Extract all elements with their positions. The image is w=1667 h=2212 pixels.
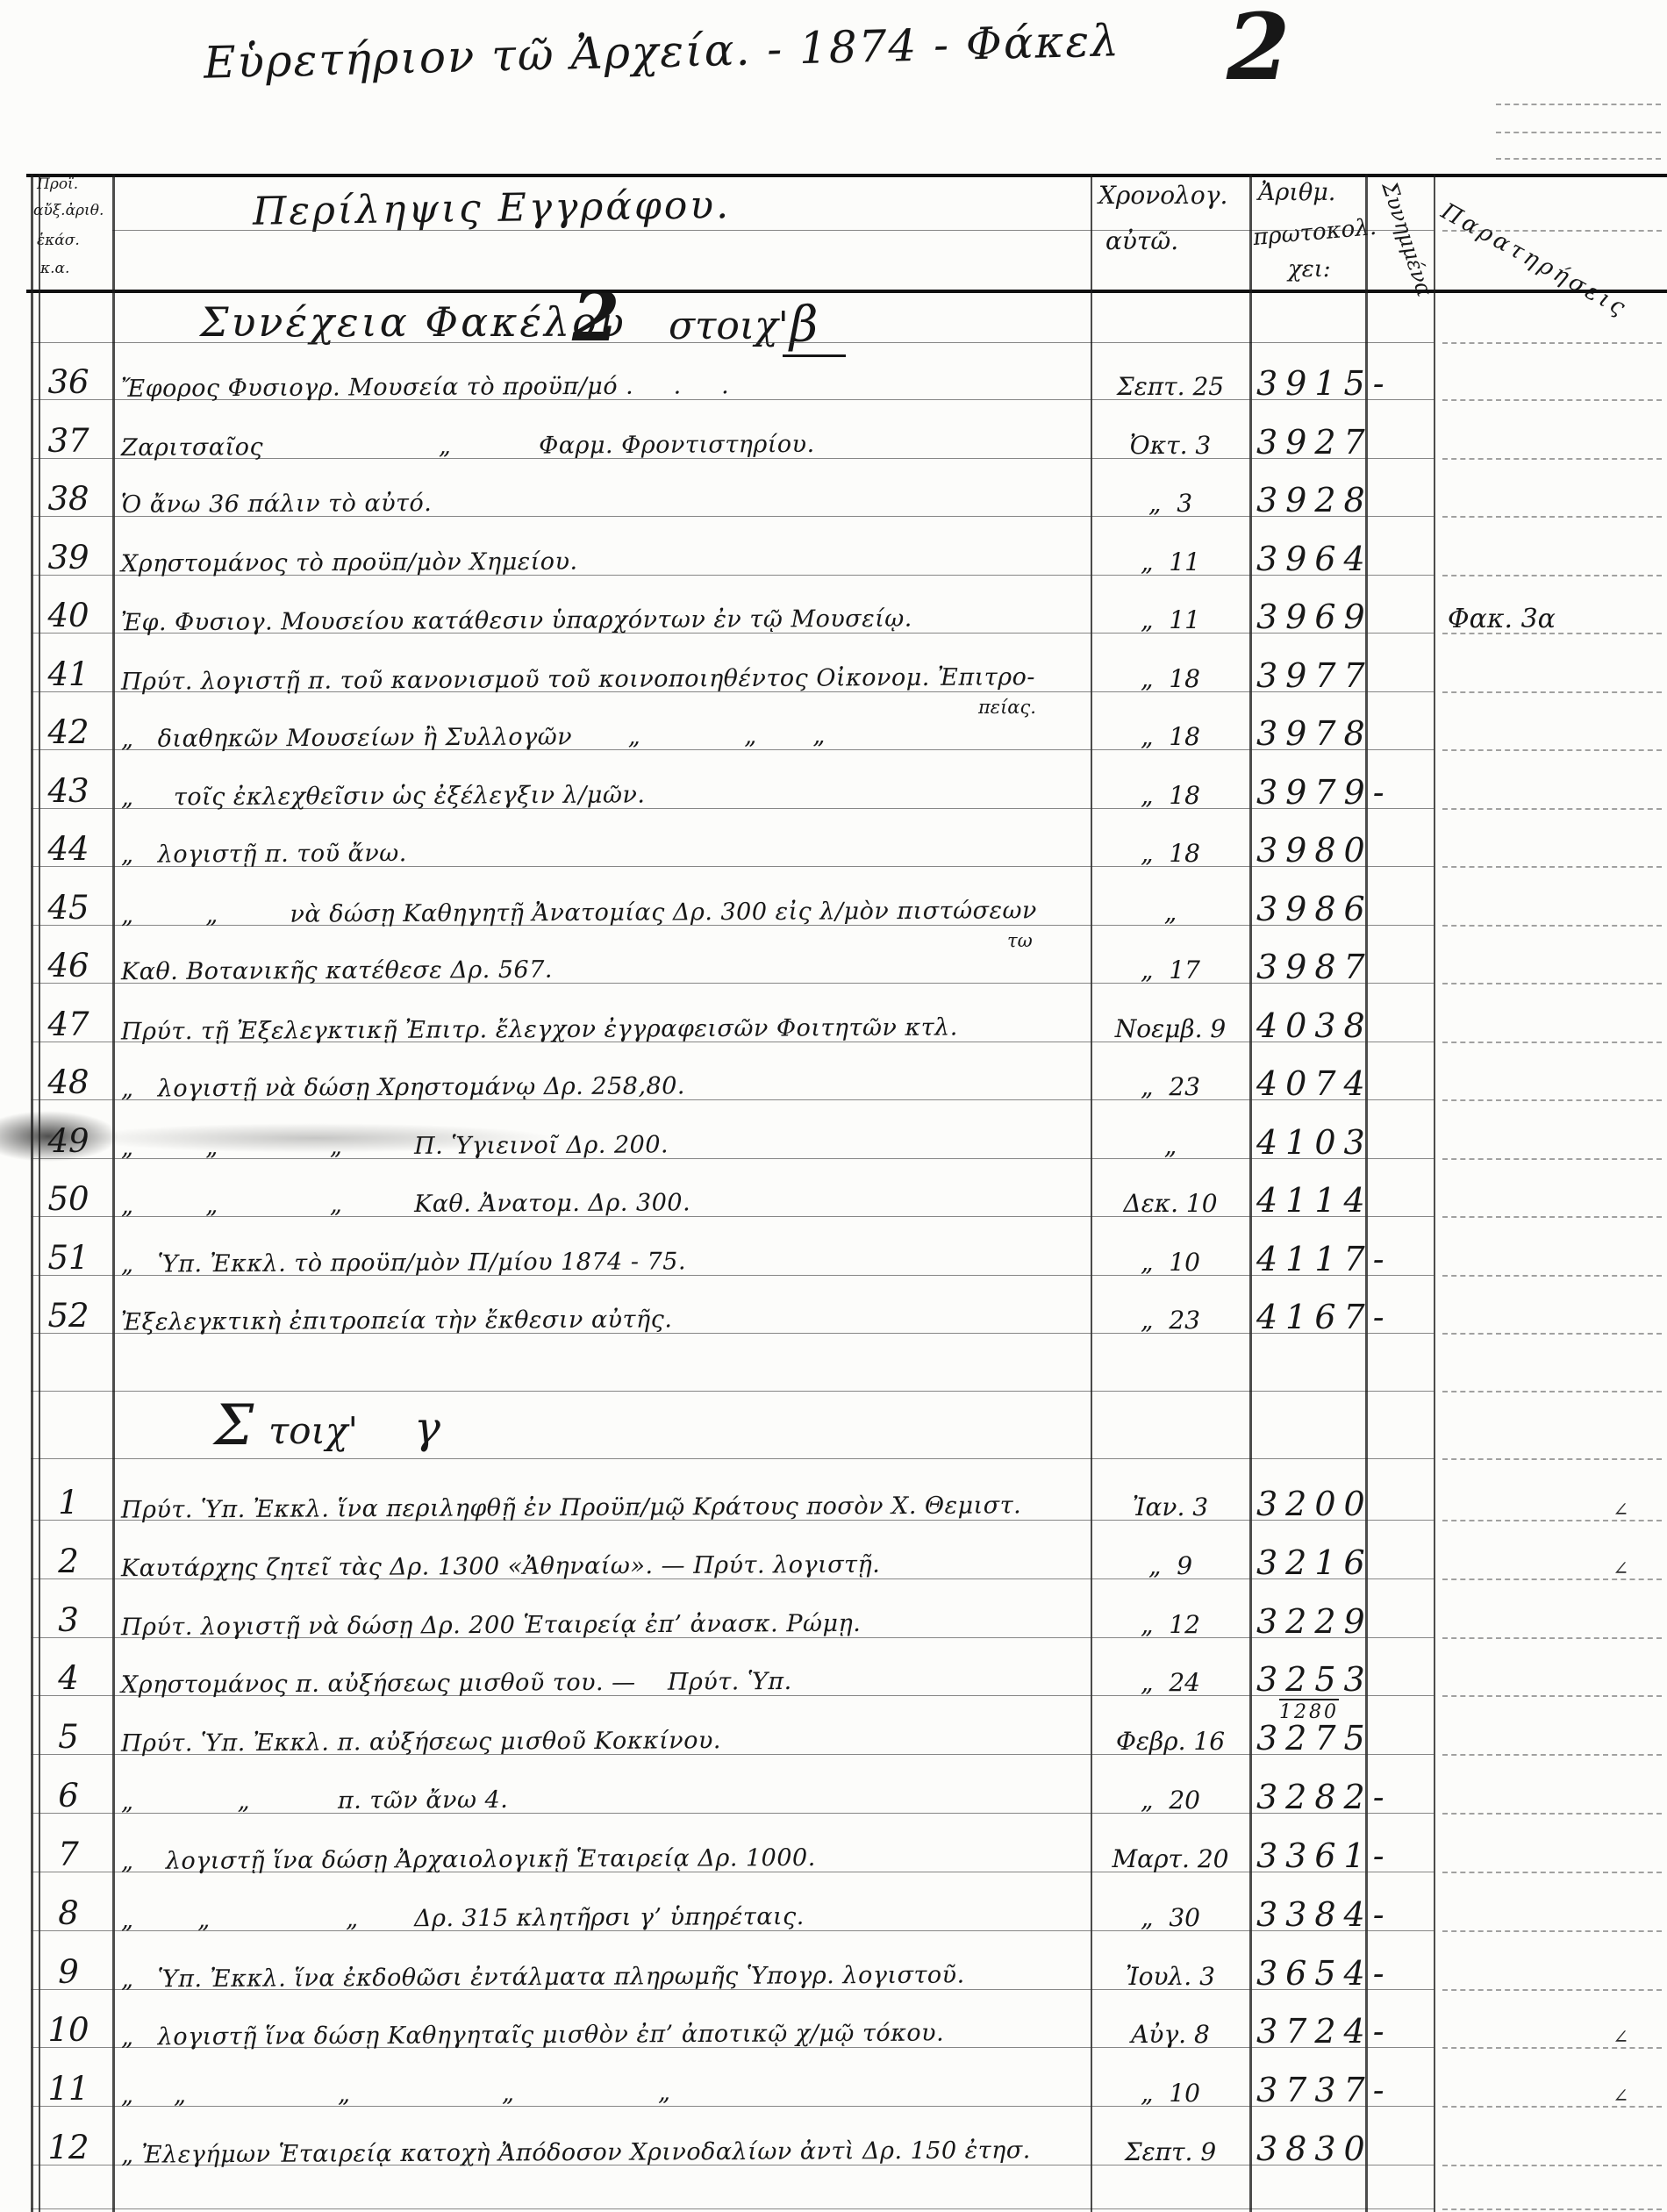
row-protocol-number: 3927 (1256, 423, 1373, 462)
ledger-page: Εὑρετήριον τῶ Ἀρχεία. - 1874 - Φάκελ 2 Π… (0, 0, 1667, 2212)
check-mark: ∠ (1613, 2086, 1628, 2108)
ruled-line-dashed (1442, 1520, 1662, 1521)
row-date: „ 18 (1095, 839, 1246, 868)
column-line (112, 174, 115, 2212)
ruled-line-dashed (1442, 1989, 1662, 1991)
row-date: „ 11 (1095, 548, 1246, 576)
row-number: 6 (30, 1777, 107, 1815)
row-description: „ „ π. τῶν ἄνω 4. (121, 1786, 508, 1815)
ruled-line-dashed (1442, 749, 1662, 751)
ruled-line-dashed (1442, 1458, 1662, 1460)
row-protocol-number: 3928 (1256, 481, 1373, 519)
row-remark: Φακ. 3α (1448, 604, 1556, 634)
col-header-protocol-line2: πρωτοκολ. (1252, 214, 1377, 251)
check-mark: ∠ (1613, 1500, 1628, 1521)
col-header-protocol-line1: Ἀριθμ. (1258, 179, 1335, 206)
ruled-line-dashed (1442, 2165, 1662, 2166)
row-description: Ὁ ἄνω 36 πάλιν τὸ αὐτό. (121, 490, 433, 519)
ruled-line-dashed (1442, 1695, 1662, 1697)
ruled-line (31, 1458, 1434, 1459)
col-header-attachments: Συνημμένα (1377, 179, 1436, 299)
row-protocol-number: 3986 (1256, 890, 1373, 928)
row-protocol-number: 3969 (1256, 598, 1373, 636)
row-date: Σεπτ. 9 (1095, 2137, 1246, 2166)
check-mark: ∠ (1613, 1558, 1628, 1580)
row-description: „ λογιστῇ ἵνα δώσῃ Καθηγηταῖς μισθὸν ἐπ’… (121, 2020, 944, 2051)
row-description: „ Ὑπ. Ἐκκλ. ἵνα ἐκδοθῶσι ἐντάλματα πληρω… (121, 1961, 965, 1993)
row-description: „ „ „ Καθ. Ἀνατομ. Δρ. 300. (121, 1189, 690, 1219)
row-date: „ 18 (1095, 664, 1246, 693)
row-description: Πρύτ. Ὑπ. Ἐκκλ. ἵνα περιληφθῇ ἐν Προϋπ/μ… (121, 1492, 1021, 1523)
ruled-line-dashed (1442, 1099, 1662, 1101)
ruled-line-dashed (1442, 808, 1662, 810)
section2-title-rest: τοιχ' (268, 1409, 358, 1452)
col-header-index-4: κ.α. (40, 260, 69, 277)
row-number: 10 (30, 2011, 107, 2049)
row-date: Σεπτ. 25 (1095, 372, 1246, 401)
row-description: Πρύτ. λογιστῇ π. τοῦ κανονισμοῦ τοῦ κοιν… (121, 663, 1035, 695)
row-description: „ λογιστῇ π. τοῦ ἄνω. (121, 840, 407, 869)
row-description: „ „ „ Π. Ὑγιεινοῖ Δρ. 200. (121, 1131, 669, 1161)
row-description: „ „ „ „ „ (121, 2079, 671, 2108)
page-title-folder-number: 2 (1227, 0, 1290, 101)
row-date: „ 23 (1095, 1306, 1246, 1335)
ruled-line-dashed (1442, 230, 1662, 232)
row-number: 7 (30, 1836, 107, 1873)
row-protocol-number: 4117- (1256, 1240, 1392, 1278)
col-header-protocol-line3: χει: (1288, 256, 1331, 283)
row-protocol-number: 3915- (1256, 364, 1392, 403)
row-number: 47 (30, 1006, 107, 1043)
row-protocol-number: 3384- (1256, 1895, 1392, 1934)
row-description: „ λογιστῇ ἵνα δώσῃ Ἀρχαιολογικῇ Ἑταιρείᾳ… (121, 1844, 816, 1875)
ruled-line (112, 230, 1434, 231)
row-date: „ 11 (1095, 605, 1246, 634)
ruled-line-dashed (1442, 1872, 1662, 1873)
ruled-line (26, 290, 1667, 293)
row-protocol-number: 3830 (1256, 2130, 1373, 2168)
row-description: „ „ νὰ δώσῃ Καθηγητῇ Ἀνατομίας Δρ. 300 ε… (121, 897, 1037, 928)
row-description: „ τοῖς ἐκλεχθεῖσιν ὡς ἐξέλεγξιν λ/μῶν. (121, 781, 646, 811)
row-date: „ 18 (1095, 781, 1246, 810)
row-number: 3 (30, 1601, 107, 1639)
row-date: Ὀκτ. 3 (1095, 431, 1246, 460)
row-description: „ „ „ Δρ. 315 κλητῆρσι γ’ ὑπηρέταις. (121, 1903, 805, 1934)
row-number: 41 (30, 655, 107, 693)
row-number: 38 (30, 480, 107, 518)
row-number: 52 (30, 1297, 107, 1335)
row-date: „ (1095, 1131, 1246, 1160)
ruled-line-dashed (1442, 1637, 1662, 1639)
ruled-line-dashed (1442, 2047, 1662, 2049)
row-number: 46 (30, 947, 107, 984)
row-protocol-number: 3282- (1256, 1778, 1392, 1816)
row-protocol-number: 3980 (1256, 831, 1373, 870)
stray-dash (1496, 158, 1661, 160)
row-description: Ζαριτσαῖος „ Φαρμ. Φροντιστηρίου. (121, 431, 815, 462)
row-date: Δεκ. 10 (1095, 1189, 1246, 1218)
row-protocol-number: 3253 (1256, 1660, 1373, 1699)
row-number: 40 (30, 597, 107, 634)
ruled-line-dashed (1442, 925, 1662, 927)
section2-title-sigma: Σ (214, 1393, 254, 1458)
ruled-line (26, 174, 1667, 177)
row-protocol-number: 3216 (1256, 1543, 1373, 1582)
row-description: Πρύτ. λογιστῇ νὰ δώσῃ Δρ. 200 Ἑταιρείᾳ ἐ… (121, 1610, 861, 1641)
col-header-remarks: Παρατηρήσεις (1436, 198, 1632, 323)
ruled-line-dashed (1442, 1333, 1662, 1335)
row-date: Ἰαν. 3 (1095, 1493, 1246, 1521)
row-date: „ (1095, 898, 1246, 927)
ruled-line-dashed (1442, 1158, 1662, 1160)
row-protocol-number: 3724- (1256, 2012, 1392, 2051)
row-number: 45 (30, 889, 107, 927)
row-number: 9 (30, 1953, 107, 1991)
row-number: 48 (30, 1063, 107, 1101)
row-number: 4 (30, 1659, 107, 1697)
row-date: „ 10 (1095, 2079, 1246, 2108)
row-number: 37 (30, 422, 107, 460)
row-description: „ Ἐλεγήμων Ἑταιρείᾳ κατοχὴ Ἀπόδοσον Χριν… (121, 2137, 1031, 2168)
ruled-line (31, 1391, 1434, 1392)
ruled-line-dashed (1442, 1275, 1662, 1277)
section1-title-prefix: Συνέχεια Φακέλου (200, 298, 626, 346)
ruled-line-dashed (1442, 2106, 1662, 2108)
row-number: 12 (30, 2129, 107, 2166)
row-description: Χρηστομάνος π. αὐξήσεως μισθοῦ του. — Πρ… (121, 1668, 792, 1699)
ruled-line-dashed (1442, 1042, 1662, 1043)
row-protocol-number: 4074 (1256, 1064, 1373, 1103)
stray-dash (1496, 104, 1661, 105)
row-number: 36 (30, 363, 107, 401)
ruled-line-dashed (1442, 1813, 1662, 1815)
row-number: 42 (30, 713, 107, 751)
row-description: Πρύτ. τῇ Ἐξελεγκτικῇ Ἐπιτρ. ἔλεγχον ἐγγρ… (121, 1014, 958, 1046)
row-protocol-number: 3229 (1256, 1602, 1373, 1641)
row-date: Ἰουλ. 3 (1095, 1962, 1246, 1991)
ruled-line-dashed (1442, 2208, 1662, 2210)
col-header-index-1: Προϊ. (37, 175, 78, 193)
column-line (1434, 174, 1435, 2212)
page-title: Εὑρετήριον τῶ Ἀρχεία. - 1874 - Φάκελ (203, 15, 1120, 89)
row-number: 8 (30, 1894, 107, 1932)
row-protocol-number: 3964 (1256, 540, 1373, 578)
ruled-line-dashed (1442, 1578, 1662, 1580)
ruled-line (31, 342, 1434, 343)
row-date: „ 20 (1095, 1786, 1246, 1815)
row-description: Καθ. Βοτανικῆς κατέθεσε Δρ. 567. (121, 956, 553, 986)
row-description: „ λογιστῇ νὰ δώσῃ Χρηστομάνῳ Δρ. 258,80. (121, 1072, 685, 1102)
row-protocol-number: 3987 (1256, 948, 1373, 986)
row-date: Φεβρ. 16 (1095, 1727, 1246, 1756)
row-protocol-number: 3978 (1256, 714, 1373, 753)
ruled-line-dashed (1442, 516, 1662, 518)
check-mark: ∠ (1613, 2027, 1628, 2049)
row-protocol-number: 4038 (1256, 1006, 1373, 1045)
row-date: „ 17 (1095, 956, 1246, 984)
row-protocol-number: 3654- (1256, 1954, 1392, 1993)
row-number: 44 (30, 830, 107, 868)
row-number: 50 (30, 1180, 107, 1218)
ruled-line-dashed (1442, 1391, 1662, 1392)
ruled-line (31, 2208, 1434, 2209)
section1-letter-underline (783, 354, 846, 357)
row-date: „ 12 (1095, 1610, 1246, 1639)
column-line (1091, 174, 1092, 2212)
row-number: 11 (30, 2070, 107, 2108)
row-number: 51 (30, 1239, 107, 1277)
row-protocol-number: 3979- (1256, 773, 1392, 812)
section2-title-letter: γ (414, 1402, 440, 1453)
row-number: 5 (30, 1718, 107, 1756)
row-date: „ 10 (1095, 1248, 1246, 1277)
ruled-line-dashed (1442, 399, 1662, 401)
row-date: „ 23 (1095, 1072, 1246, 1101)
row-protocol-number: 3200 (1256, 1485, 1373, 1523)
row-description: Ἔφορος Φυσιογρ. Μουσεία τὸ προϋπ/μό . . … (121, 372, 729, 403)
row-number: 1 (30, 1484, 107, 1521)
row-protocol-number: 3361- (1256, 1836, 1392, 1875)
row-description: „ διαθηκῶν Μουσείων ἢ Συλλογῶν „ „ „ (121, 722, 826, 753)
col-header-index-2: αὔξ.ἀριθ. (33, 202, 104, 219)
row-description: Χρηστομάνος τὸ προϋπ/μὸν Χημείου. (121, 548, 578, 578)
row-description: Ἐξελεγκτικὴ ἐπιτροπεία τὴν ἔκθεσιν αὐτῆς… (121, 1306, 673, 1335)
row-date: „ 24 (1095, 1668, 1246, 1697)
row-date: Νοεμβ. 9 (1095, 1014, 1246, 1043)
ruled-line-dashed (1442, 866, 1662, 868)
row-date: Μαρτ. 20 (1095, 1844, 1246, 1873)
column-line (1249, 174, 1252, 2212)
ruled-line-dashed (1442, 983, 1662, 984)
col-header-date-line1: Χρονολογ. (1098, 181, 1227, 210)
row-description-continuation: τω (1007, 930, 1033, 951)
row-protocol-number: 3977 (1256, 656, 1373, 695)
row-description: Καυτάρχης ζητεῖ τὰς Δρ. 1300 «Ἀθηναίω». … (121, 1551, 880, 1583)
row-protocol-number: 4167- (1256, 1298, 1392, 1336)
row-number: 43 (30, 772, 107, 810)
row-date: Αὐγ. 8 (1095, 2020, 1246, 2049)
row-protocol-number: 4103 (1256, 1123, 1373, 1162)
ruled-line-dashed (1442, 575, 1662, 576)
row-date: „ 9 (1095, 1551, 1246, 1580)
ruled-line-dashed (1442, 458, 1662, 460)
row-date: „ 30 (1095, 1903, 1246, 1932)
row-date: „ 18 (1095, 722, 1246, 751)
ruled-line-dashed (1442, 1930, 1662, 1932)
ruled-line-dashed (1442, 1754, 1662, 1756)
row-description: Πρύτ. Ὑπ. Ἐκκλ. π. αὐξήσεως μισθοῦ Κοκκί… (121, 1727, 721, 1757)
stray-dash (1496, 132, 1661, 133)
ruled-line-dashed (1442, 342, 1662, 344)
row-protocol-number: 4114 (1256, 1181, 1373, 1220)
row-number: 39 (30, 539, 107, 576)
row-number: 2 (30, 1543, 107, 1580)
row-protocol-number: 3737- (1256, 2071, 1392, 2109)
row-description: Ἐφ. Φυσιογ. Μουσείου κατάθεσιν ὑπαρχόντω… (121, 605, 912, 637)
section1-title-letter: β (790, 297, 818, 354)
col-header-summary: Περίληψις Εγγράφου. (253, 183, 732, 234)
row-description-continuation: πείας. (978, 697, 1036, 718)
row-number: 49 (30, 1122, 107, 1160)
row-description: „ Ὑπ. Ἐκκλ. τὸ προϋπ/μὸν Π/μίου 1874 - 7… (121, 1248, 686, 1278)
col-header-index-3: ἑκάσ. (37, 232, 80, 249)
ruled-line-dashed (1442, 691, 1662, 693)
row-protocol-number: 3275 (1256, 1719, 1373, 1757)
ruled-line-dashed (1442, 1216, 1662, 1218)
row-date: „ 3 (1095, 489, 1246, 518)
